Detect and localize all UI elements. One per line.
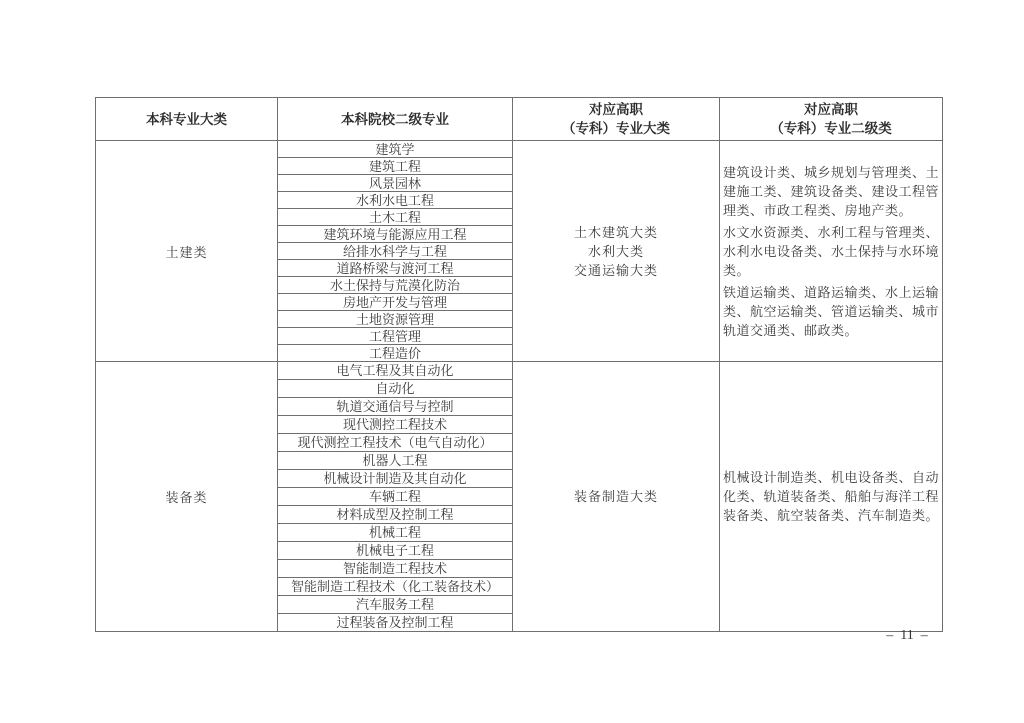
- document-page: 本科专业大类 本科院校二级专业 对应高职 （专科）专业大类 对应高职 （专科）专…: [0, 0, 1024, 723]
- major-cell: 工程造价: [278, 345, 513, 362]
- major-cell: 给排水科学与工程: [278, 243, 513, 260]
- vocational-major-line: 交通运输大类: [513, 261, 719, 280]
- vocational-secondary-paragraph: 机械设计制造类、机电设备类、自动化类、轨道装备类、船舶与海洋工程装备类、航空装备…: [723, 468, 939, 525]
- major-cell: 水土保持与荒漠化防治: [278, 277, 513, 294]
- major-cell: 自动化: [278, 380, 513, 398]
- major-cell: 水利水电工程: [278, 192, 513, 209]
- major-cell: 建筑环境与能源应用工程: [278, 226, 513, 243]
- major-cell: 建筑工程: [278, 158, 513, 175]
- major-cell: 房地产开发与管理: [278, 294, 513, 311]
- major-cell: 现代测控工程技术: [278, 416, 513, 434]
- major-cell: 车辆工程: [278, 488, 513, 506]
- vocational-secondary-paragraph: 铁道运输类、道路运输类、水上运输类、航空运输类、管道运输类、城市轨道交通类、邮政…: [723, 283, 939, 340]
- vocational-major-cell: 装备制造大类: [513, 362, 720, 632]
- major-cell: 智能制造工程技术: [278, 560, 513, 578]
- major-cell: 电气工程及其自动化: [278, 362, 513, 380]
- category-cell: 装备类: [96, 362, 278, 632]
- major-cell: 建筑学: [278, 141, 513, 158]
- major-cell: 机械设计制造及其自动化: [278, 470, 513, 488]
- vocational-secondary-cell: 建筑设计类、城乡规划与管理类、土建施工类、建筑设备类、建设工程管理类、市政工程类…: [720, 141, 943, 362]
- vocational-secondary-paragraph: 水文水资源类、水利工程与管理类、水利水电设备类、水土保持与水环境类。: [723, 223, 939, 280]
- category-cell: 土建类: [96, 141, 278, 362]
- major-cell: 过程装备及控制工程: [278, 614, 513, 632]
- vocational-secondary-paragraph: 建筑设计类、城乡规划与管理类、土建施工类、建筑设备类、建设工程管理类、市政工程类…: [723, 163, 939, 220]
- major-cell: 土地资源管理: [278, 311, 513, 328]
- page-number: – 11 –: [852, 628, 962, 644]
- major-cell: 道路桥梁与渡河工程: [278, 260, 513, 277]
- table-row: 装备类 电气工程及其自动化 装备制造大类 机械设计制造类、机电设备类、自动化类、…: [96, 362, 943, 380]
- major-cell: 工程管理: [278, 328, 513, 345]
- major-cell: 现代测控工程技术（电气自动化）: [278, 434, 513, 452]
- major-cell: 智能制造工程技术（化工装备技术）: [278, 578, 513, 596]
- column-header-undergrad-category: 本科专业大类: [96, 98, 278, 141]
- major-cell: 轨道交通信号与控制: [278, 398, 513, 416]
- major-cell: 土木工程: [278, 209, 513, 226]
- vocational-major-line: 装备制造大类: [513, 487, 719, 506]
- table-header-row: 本科专业大类 本科院校二级专业 对应高职 （专科）专业大类 对应高职 （专科）专…: [96, 98, 943, 141]
- major-cell: 汽车服务工程: [278, 596, 513, 614]
- column-header-vocational-category: 对应高职 （专科）专业大类: [513, 98, 720, 141]
- vocational-major-line: 土木建筑大类: [513, 223, 719, 242]
- majors-mapping-table: 本科专业大类 本科院校二级专业 对应高职 （专科）专业大类 对应高职 （专科）专…: [95, 97, 943, 632]
- table-row: 土建类 建筑学 土木建筑大类 水利大类 交通运输大类 建筑设计类、城乡规划与管理…: [96, 141, 943, 158]
- vocational-major-cell: 土木建筑大类 水利大类 交通运输大类: [513, 141, 720, 362]
- column-header-undergrad-major: 本科院校二级专业: [278, 98, 513, 141]
- major-cell: 机械电子工程: [278, 542, 513, 560]
- column-header-vocational-secondary: 对应高职 （专科）专业二级类: [720, 98, 943, 141]
- major-cell: 材料成型及控制工程: [278, 506, 513, 524]
- major-cell: 风景园林: [278, 175, 513, 192]
- major-cell: 机械工程: [278, 524, 513, 542]
- major-cell: 机器人工程: [278, 452, 513, 470]
- vocational-major-line: 水利大类: [513, 242, 719, 261]
- vocational-secondary-cell: 机械设计制造类、机电设备类、自动化类、轨道装备类、船舶与海洋工程装备类、航空装备…: [720, 362, 943, 632]
